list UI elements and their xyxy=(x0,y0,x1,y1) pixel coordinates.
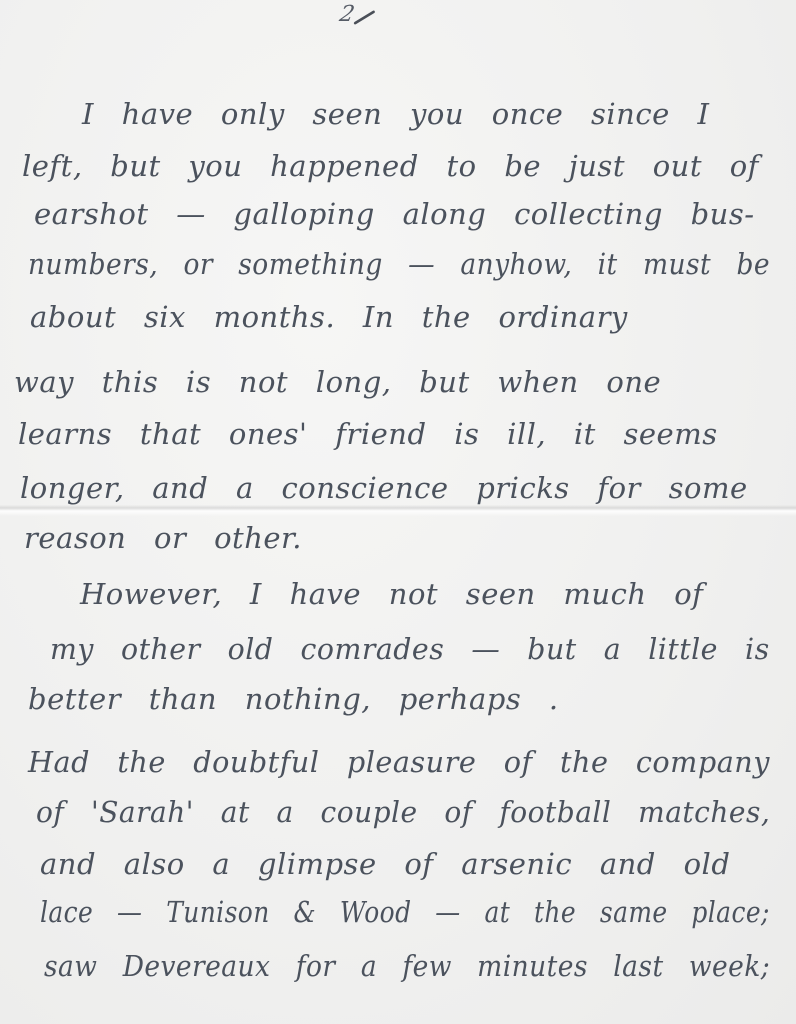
letter-line: Had the doubtful pleasure of the company xyxy=(28,748,770,777)
letter-line: numbers, or something — anyhow, it must … xyxy=(28,250,770,279)
letter-line: my other old comrades — but a little is xyxy=(50,635,770,664)
letter-line: longer, and a conscience pricks for some xyxy=(20,474,748,503)
letter-line: saw Devereaux for a few minutes last wee… xyxy=(44,952,770,981)
letter-line: I have only seen you once since I xyxy=(82,100,709,129)
letter-line: earshot — galloping along collecting bus… xyxy=(34,200,755,229)
letter-line: about six months. In the ordinary xyxy=(30,303,628,332)
letter-line: However, I have not seen much of xyxy=(80,580,703,609)
letter-line: learns that ones' friend is ill, it seem… xyxy=(18,420,718,449)
letter-line: lace — Tunison & Wood — at the same plac… xyxy=(40,898,770,927)
letter-line: of 'Sarah' at a couple of football match… xyxy=(36,798,770,827)
letter-line: and also a glimpse of arsenic and old xyxy=(40,850,730,879)
letter-line: way this is not long, but when one xyxy=(14,368,661,397)
letter-line: left, but you happened to be just out of xyxy=(22,152,759,181)
page-number: 2 xyxy=(337,2,357,27)
letter-line: reason or other. xyxy=(24,524,302,553)
letter-line: better than nothing, perhaps . xyxy=(28,685,559,714)
letter-page: 2 I have only seen you once since I left… xyxy=(0,0,796,1024)
